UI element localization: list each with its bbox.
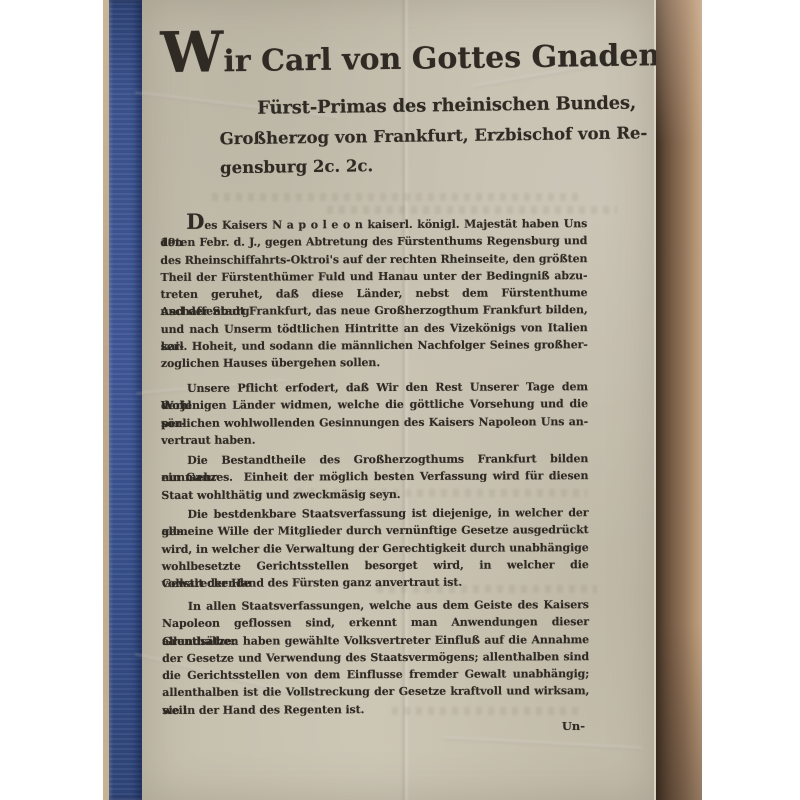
text-line: Theil der Fürstenthümer Fuld und Hanau u… bbox=[160, 267, 587, 286]
text-line: vertraut haben. bbox=[161, 430, 588, 449]
text-line: wird, in welcher die Verwaltung der Gere… bbox=[162, 539, 589, 558]
text-line: treten geruhet, daß diese Länder, nebst … bbox=[161, 284, 588, 303]
body-paragraph: In allen Staatsverfassungen, welche aus … bbox=[162, 596, 590, 719]
text-line: Die Bestandtheile des Großherzogthums Fr… bbox=[161, 450, 588, 469]
text-line: serl. Hoheit, und sodann die männlichen … bbox=[161, 336, 588, 355]
text-line: In allen Staatsverfassungen, welche aus … bbox=[162, 596, 589, 615]
drop-cap-w: W bbox=[160, 19, 224, 86]
text-line: 19ten Febr. d. J., gegen Abtretung des F… bbox=[160, 232, 587, 251]
table-background-edge bbox=[656, 0, 702, 800]
body-paragraph: Des Kaisers N a p o l e o n kaiserl. kön… bbox=[160, 215, 588, 373]
text-line: ein Ganzes. Einheit der möglich besten V… bbox=[161, 467, 588, 486]
crease bbox=[442, 737, 642, 750]
text-line: Die bestdenkbare Staatsverfassung ist di… bbox=[161, 504, 588, 523]
heading-line-4: gensburg 2c. 2c. bbox=[220, 154, 373, 180]
text-line: Unsere Pflicht erfodert, daß Wir den Res… bbox=[161, 378, 588, 397]
text-line: die Gerichtsstellen von dem Einflusse fr… bbox=[162, 665, 589, 684]
body-paragraph: Die bestdenkbare Staatsverfassung ist di… bbox=[161, 504, 588, 592]
heading-line-3: Großherzog von Frankfurt, Erzbischof von… bbox=[220, 122, 594, 151]
text-line: Napoleon geflossen sind, erkennt man Anw… bbox=[162, 613, 589, 632]
text-line: Gewalt der Hand des Fürsten ganz anvertr… bbox=[162, 573, 589, 592]
text-line: zoglichen Hauses übergehen sollen. bbox=[161, 354, 588, 373]
text-line: der Gesetze und Verwendung des Staatsver… bbox=[162, 648, 589, 667]
text-line: sönlichen wohlwollenden Gesinnungen des … bbox=[161, 413, 588, 432]
text-line: gemeine Wille der Mitglieder durch vernü… bbox=[162, 521, 589, 540]
text-line: allenthalben ist die Vollstreckung der G… bbox=[162, 683, 589, 702]
bleed-through-mark bbox=[327, 206, 617, 214]
text-line: des Rheinschiffahrts-Oktroi's auf der re… bbox=[160, 250, 587, 269]
photo-of-document: Wir Carl von Gottes Gnaden Fürst-Primas … bbox=[103, 0, 702, 800]
bleed-through-mark bbox=[212, 193, 582, 201]
heading-line-1: Wir Carl von Gottes Gnaden bbox=[160, 28, 602, 92]
body-paragraph: Die Bestandtheile des Großherzogthums Fr… bbox=[161, 450, 588, 504]
paper-sheet: Wir Carl von Gottes Gnaden Fürst-Primas … bbox=[142, 0, 656, 800]
catchword: Un- bbox=[161, 719, 585, 733]
paragraph-initial: D bbox=[186, 209, 204, 234]
text-line: Staat wohlthätig und zweckmäsig seyn. bbox=[161, 485, 588, 504]
text-line: wohlbesetzte Gerichtsstellen besorget wi… bbox=[162, 556, 589, 575]
blue-binding-spine bbox=[109, 0, 142, 800]
text-line: allenthalben haben gewählte Volksvertret… bbox=[162, 631, 589, 650]
heading-line-2: Fürst-Primas des rheinischen Bundes, bbox=[257, 91, 584, 122]
text-line: derjenigen Länder widmen, welche die göt… bbox=[161, 395, 588, 414]
heading-line-1-text: ir Carl von Gottes Gnaden bbox=[223, 38, 660, 79]
body-paragraph: Unsere Pflicht erfodert, daß Wir den Res… bbox=[161, 378, 588, 449]
text-line: und der Stadt Frankfurt, das neue Großhe… bbox=[161, 302, 588, 321]
text-line: sie in der Hand des Regenten ist. bbox=[162, 700, 589, 719]
text-line: Des Kaisers N a p o l e o n kaiserl. kön… bbox=[160, 215, 587, 234]
text-line: und nach Unserm tödtlichen Hintritte an … bbox=[161, 319, 588, 338]
